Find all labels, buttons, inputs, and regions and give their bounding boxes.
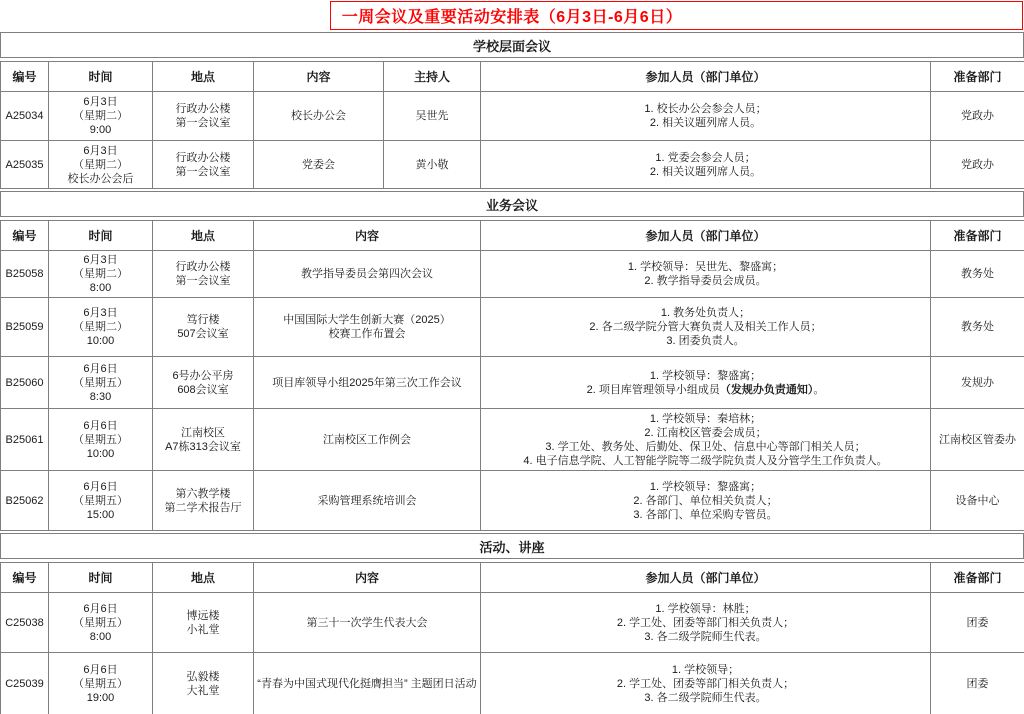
participant-line: 2. 各部门、单位相关负责人； (484, 494, 927, 508)
participant-text: 2. 教学指导委员会成员。 (644, 275, 766, 287)
participant-line: 2. 相关议题列席人员。 (484, 116, 927, 130)
column-header-code: 编号 (1, 62, 49, 92)
column-header-content: 内容 (254, 563, 481, 593)
participant-line: 1. 学校领导：黎盛寓； (484, 369, 927, 383)
column-header-participants: 参加人员（部门单位） (481, 221, 931, 251)
cell-department: 江南校区管委办 (931, 409, 1024, 471)
table-row: B250606月6日 （星期五） 8:306号办公平房 608会议室项目库领导小… (1, 357, 1024, 409)
section-title: 活动、讲座 (479, 537, 544, 556)
participant-line: 1. 学校领导：黎盛寓； (484, 480, 927, 494)
cell-department: 党政办 (931, 141, 1024, 189)
section-header-activities-lectures: 活动、讲座 (0, 533, 1024, 559)
cell-code: B25060 (1, 357, 49, 409)
participant-text: 1. 校长办公会参会人员； (644, 103, 766, 115)
cell-department: 团委 (931, 593, 1024, 653)
section-header-business-meetings: 业务会议 (0, 191, 1024, 217)
participant-line: 1. 学校领导：吴世先、黎盛寓； (484, 260, 927, 274)
section-table-school-level-meetings: 编号时间地点内容主持人参加人员（部门单位）准备部门A250346月3日 （星期二… (0, 61, 1024, 189)
column-header-location: 地点 (153, 563, 254, 593)
participant-text: 1. 学校领导：秦培林； (650, 413, 761, 425)
participant-line: 2. 项目库管理领导小组成员（发规办负责通知）。 (484, 383, 927, 397)
participant-text: 1. 党委会参会人员； (655, 152, 755, 164)
participant-text: 1. 学校领导：黎盛寓； (650, 370, 761, 382)
table-row: B250616月6日 （星期五） 10:00江南校区 A7栋313会议室江南校区… (1, 409, 1024, 471)
cell-department: 设备中心 (931, 471, 1024, 531)
cell-participants: 1. 党委会参会人员；2. 相关议题列席人员。 (481, 141, 931, 189)
section-table-business-meetings: 编号时间地点内容参加人员（部门单位）准备部门B250586月3日 （星期二） 8… (0, 220, 1024, 531)
participant-text: 3. 各部门、单位采购专管员。 (633, 509, 777, 521)
participant-text-after: 。 (813, 384, 824, 396)
column-header-host: 主持人 (384, 62, 481, 92)
cell-location: 行政办公楼 第一会议室 (153, 251, 254, 298)
cell-participants: 1. 学校领导：吴世先、黎盛寓；2. 教学指导委员会成员。 (481, 251, 931, 298)
cell-time: 6月3日 （星期二） 校长办公会后 (49, 141, 153, 189)
cell-time: 6月6日 （星期五） 8:30 (49, 357, 153, 409)
participant-line: 3. 学工处、教务处、后勤处、保卫处、信息中心等部门相关人员； (484, 440, 927, 454)
cell-location: 第六教学楼 第二学术报告厅 (153, 471, 254, 531)
participant-text: 1. 学校领导； (672, 664, 739, 676)
cell-code: A25034 (1, 92, 49, 141)
participant-text: 3. 各二级学院师生代表。 (644, 692, 766, 704)
participant-line: 3. 团委负责人。 (484, 334, 927, 348)
participant-text: 3. 团委负责人。 (666, 335, 744, 347)
section-title: 业务会议 (486, 195, 538, 214)
column-header-department: 准备部门 (931, 563, 1024, 593)
cell-participants: 1. 学校领导：林胜；2. 学工处、团委等部门相关负责人；3. 各二级学院师生代… (481, 593, 931, 653)
participant-text: 2. 江南校区管委会成员； (644, 427, 766, 439)
participant-line: 2. 江南校区管委会成员； (484, 426, 927, 440)
participant-text: 3. 学工处、教务处、后勤处、保卫处、信息中心等部门相关人员； (545, 441, 865, 453)
cell-department: 教务处 (931, 298, 1024, 357)
schedule-document: 一周会议及重要活动安排表（6月3日-6月6日） 学校层面会议编号时间地点内容主持… (0, 0, 1024, 714)
column-header-time: 时间 (49, 563, 153, 593)
participant-text: 2. 相关议题列席人员。 (650, 117, 761, 129)
column-header-participants: 参加人员（部门单位） (481, 62, 931, 92)
section-title: 学校层面会议 (473, 36, 551, 55)
cell-participants: 1. 教务处负责人；2. 各二级学院分管大赛负责人及相关工作人员；3. 团委负责… (481, 298, 931, 357)
column-header-row: 编号时间地点内容主持人参加人员（部门单位）准备部门 (1, 62, 1024, 92)
participant-bold-note: （发规办负责通知） (720, 384, 814, 396)
cell-content: 党委会 (254, 141, 384, 189)
cell-code: B25058 (1, 251, 49, 298)
participant-line: 1. 校长办公会参会人员； (484, 102, 927, 116)
participant-line: 1. 学校领导：林胜； (484, 602, 927, 616)
cell-participants: 1. 学校领导；2. 学工处、团委等部门相关负责人；3. 各二级学院师生代表。 (481, 653, 931, 714)
cell-location: 6号办公平房 608会议室 (153, 357, 254, 409)
page-title: 一周会议及重要活动安排表（6月3日-6月6日） (0, 0, 1024, 30)
cell-time: 6月3日 （星期二） 8:00 (49, 251, 153, 298)
participant-text: 1. 教务处负责人； (661, 307, 750, 319)
cell-department: 教务处 (931, 251, 1024, 298)
participant-line: 2. 学工处、团委等部门相关负责人； (484, 677, 927, 691)
cell-participants: 1. 校长办公会参会人员；2. 相关议题列席人员。 (481, 92, 931, 141)
column-header-location: 地点 (153, 221, 254, 251)
cell-participants: 1. 学校领导：黎盛寓；2. 项目库管理领导小组成员（发规办负责通知）。 (481, 357, 931, 409)
column-header-content: 内容 (254, 62, 384, 92)
cell-time: 6月6日 （星期五） 8:00 (49, 593, 153, 653)
participant-text: 2. 相关议题列席人员。 (650, 166, 761, 178)
column-header-time: 时间 (49, 221, 153, 251)
cell-code: B25062 (1, 471, 49, 531)
cell-code: C25039 (1, 653, 49, 714)
cell-code: C25038 (1, 593, 49, 653)
participant-text: 1. 学校领导：黎盛寓； (650, 481, 761, 493)
column-header-row: 编号时间地点内容参加人员（部门单位）准备部门 (1, 221, 1024, 251)
participant-text: 2. 学工处、团委等部门相关负责人； (617, 678, 794, 690)
column-header-code: 编号 (1, 563, 49, 593)
cell-location: 行政办公楼 第一会议室 (153, 141, 254, 189)
cell-location: 江南校区 A7栋313会议室 (153, 409, 254, 471)
cell-content: 校长办公会 (254, 92, 384, 141)
table-row: C250396月6日 （星期五） 19:00弘毅楼 大礼堂“青春为中国式现代化挺… (1, 653, 1024, 714)
table-row: B250626月6日 （星期五） 15:00第六教学楼 第二学术报告厅采购管理系… (1, 471, 1024, 531)
cell-participants: 1. 学校领导：秦培林；2. 江南校区管委会成员；3. 学工处、教务处、后勤处、… (481, 409, 931, 471)
cell-content: 中国国际大学生创新大赛（2025） 校赛工作布置会 (254, 298, 481, 357)
participant-line: 3. 各二级学院师生代表。 (484, 630, 927, 644)
cell-code: B25059 (1, 298, 49, 357)
document-title-bar: 一周会议及重要活动安排表（6月3日-6月6日） (0, 0, 1024, 30)
participant-line: 3. 各部门、单位采购专管员。 (484, 508, 927, 522)
cell-content: 采购管理系统培训会 (254, 471, 481, 531)
participant-line: 1. 教务处负责人； (484, 306, 927, 320)
participant-text: 2. 项目库管理领导小组成员 (587, 384, 720, 396)
participant-text: 3. 各二级学院师生代表。 (644, 631, 766, 643)
cell-code: B25061 (1, 409, 49, 471)
participant-line: 1. 学校领导：秦培林； (484, 412, 927, 426)
sections-container: 学校层面会议编号时间地点内容主持人参加人员（部门单位）准备部门A250346月3… (0, 32, 1024, 714)
cell-time: 6月6日 （星期五） 10:00 (49, 409, 153, 471)
cell-time: 6月6日 （星期五） 19:00 (49, 653, 153, 714)
column-header-department: 准备部门 (931, 221, 1024, 251)
participant-line: 1. 学校领导； (484, 663, 927, 677)
cell-department: 团委 (931, 653, 1024, 714)
cell-code: A25035 (1, 141, 49, 189)
column-header-participants: 参加人员（部门单位） (481, 563, 931, 593)
column-header-code: 编号 (1, 221, 49, 251)
column-header-department: 准备部门 (931, 62, 1024, 92)
participant-line: 2. 教学指导委员会成员。 (484, 274, 927, 288)
cell-time: 6月3日 （星期二） 10:00 (49, 298, 153, 357)
cell-host: 吴世先 (384, 92, 481, 141)
cell-department: 发规办 (931, 357, 1024, 409)
cell-content: 第三十一次学生代表大会 (254, 593, 481, 653)
participant-text: 1. 学校领导：林胜； (655, 603, 755, 615)
column-header-content: 内容 (254, 221, 481, 251)
participant-line: 2. 各二级学院分管大赛负责人及相关工作人员； (484, 320, 927, 334)
participant-line: 4. 电子信息学院、人工智能学院等二级学院负责人及分管学生工作负责人。 (484, 454, 927, 468)
cell-time: 6月6日 （星期五） 15:00 (49, 471, 153, 531)
cell-location: 笃行楼 507会议室 (153, 298, 254, 357)
cell-content: 教学指导委员会第四次会议 (254, 251, 481, 298)
cell-time: 6月3日 （星期二） 9:00 (49, 92, 153, 141)
cell-content: 江南校区工作例会 (254, 409, 481, 471)
table-row: B250586月3日 （星期二） 8:00行政办公楼 第一会议室教学指导委员会第… (1, 251, 1024, 298)
section-table-activities-lectures: 编号时间地点内容参加人员（部门单位）准备部门C250386月6日 （星期五） 8… (0, 562, 1024, 714)
cell-host: 黄小敬 (384, 141, 481, 189)
table-row: C250386月6日 （星期五） 8:00博远楼 小礼堂第三十一次学生代表大会1… (1, 593, 1024, 653)
cell-content: 项目库领导小组2025年第三次工作会议 (254, 357, 481, 409)
participant-line: 2. 学工处、团委等部门相关负责人； (484, 616, 927, 630)
section-header-school-level-meetings: 学校层面会议 (0, 32, 1024, 58)
participant-line: 1. 党委会参会人员； (484, 151, 927, 165)
participant-text: 2. 各二级学院分管大赛负责人及相关工作人员； (589, 321, 821, 333)
cell-participants: 1. 学校领导：黎盛寓；2. 各部门、单位相关负责人；3. 各部门、单位采购专管… (481, 471, 931, 531)
participant-text: 2. 各部门、单位相关负责人； (633, 495, 777, 507)
table-row: B250596月3日 （星期二） 10:00笃行楼 507会议室中国国际大学生创… (1, 298, 1024, 357)
column-header-time: 时间 (49, 62, 153, 92)
column-header-row: 编号时间地点内容参加人员（部门单位）准备部门 (1, 563, 1024, 593)
cell-location: 行政办公楼 第一会议室 (153, 92, 254, 141)
cell-department: 党政办 (931, 92, 1024, 141)
cell-location: 博远楼 小礼堂 (153, 593, 254, 653)
cell-location: 弘毅楼 大礼堂 (153, 653, 254, 714)
participant-line: 2. 相关议题列席人员。 (484, 165, 927, 179)
participant-line: 3. 各二级学院师生代表。 (484, 691, 927, 705)
participant-text: 2. 学工处、团委等部门相关负责人； (617, 617, 794, 629)
cell-content: “青春为中国式现代化挺膺担当” 主题团日活动 (254, 653, 481, 714)
table-row: A250346月3日 （星期二） 9:00行政办公楼 第一会议室校长办公会吴世先… (1, 92, 1024, 141)
column-header-location: 地点 (153, 62, 254, 92)
table-row: A250356月3日 （星期二） 校长办公会后行政办公楼 第一会议室党委会黄小敬… (1, 141, 1024, 189)
participant-text: 4. 电子信息学院、人工智能学院等二级学院负责人及分管学生工作负责人。 (523, 455, 887, 467)
participant-text: 1. 学校领导：吴世先、黎盛寓； (628, 261, 783, 273)
